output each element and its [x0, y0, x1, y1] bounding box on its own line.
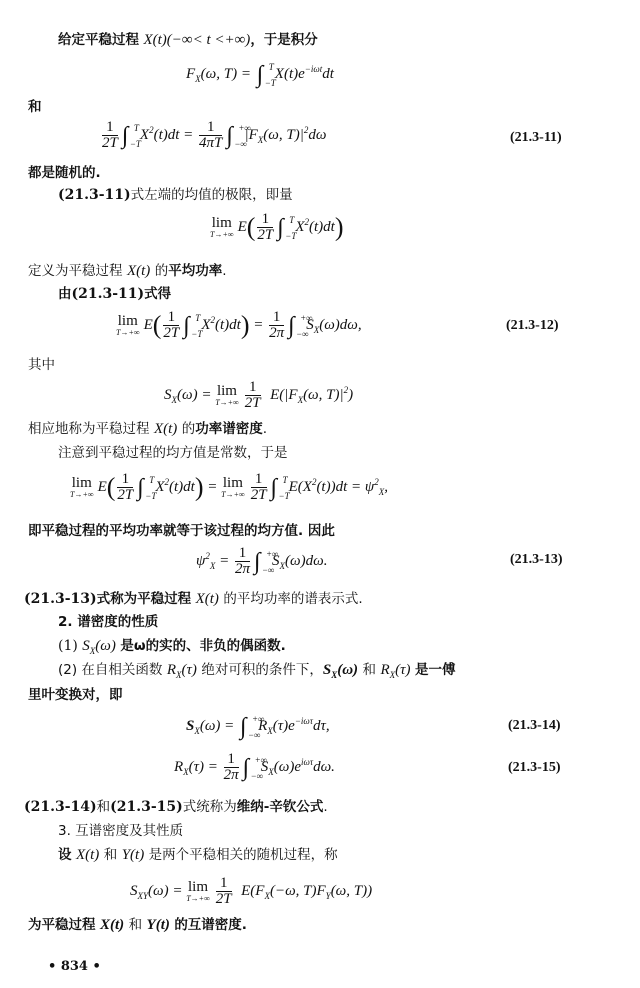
math: ψ2X =	[196, 553, 233, 569]
text: 式得	[144, 286, 171, 302]
math: SX(ω) =	[164, 387, 215, 403]
limit: limT→+∞	[210, 216, 234, 240]
integral-sign: ∫+∞−∞	[254, 553, 261, 571]
math-inline: SX(ω)	[323, 662, 358, 678]
math: X2(t)dt	[152, 479, 195, 495]
text: 式统称为	[183, 799, 237, 815]
equation-mean-square: limT→+∞E(12T∫T−T X2(t)dt) = limT→+∞12T∫T…	[70, 472, 388, 503]
fraction: 12T	[163, 310, 179, 341]
text: 是一傅	[415, 662, 456, 678]
limit: limT→+∞	[70, 476, 94, 500]
text: 是ω的实的、非负的偶函数.	[120, 638, 285, 654]
paragraph-average-power-def: 定义为平稳过程 X(t) 的平均功率.	[28, 262, 227, 280]
math: |FX(ω, T)|2dω	[241, 127, 327, 143]
text: 和	[104, 847, 118, 863]
math: E(|FX(ω, T)|2)	[266, 387, 353, 403]
integral-sign: ∫+∞−∞	[226, 127, 233, 145]
equation-psd-definition: SX(ω) = limT→+∞12T E(|FX(ω, T)|2)	[164, 380, 353, 411]
paragraph-mean-square: 注意到平稳过程的均方值是常数，于是	[58, 444, 288, 462]
math: X2(t)dt	[292, 219, 335, 235]
paragraph-intro: 给定平稳过程 X(t)(−∞< t <+∞)，于是积分	[58, 31, 318, 49]
integral-sign: ∫T−T	[137, 479, 144, 497]
math: E	[98, 479, 107, 495]
section-heading-psd-properties: 2. 谱密度的性质	[58, 613, 158, 631]
limit: limT→+∞	[186, 880, 210, 904]
term-wiener-khinchin: 维纳-辛钦公式	[237, 799, 324, 815]
equation-21-3-11: 12T∫T−T X2(t)dt = 14πT∫+∞−∞ |FX(ω, T)|2d…	[100, 120, 326, 151]
integral-sign: ∫T−T	[183, 317, 190, 335]
section-heading-cross-spectral: 3. 互谱密度及其性质	[58, 822, 183, 840]
property-2: (2) 在自相关函数 RX(τ) 绝对可积的条件下，SX(ω) 和 RX(τ) …	[58, 661, 455, 684]
equation-number: (21.3-12)	[506, 318, 559, 334]
fraction: 12π	[269, 310, 284, 341]
equation-number: (21.3-13)	[510, 552, 563, 568]
equation-ref: (21.3-11)	[72, 286, 145, 302]
math-inline: X(t)	[196, 591, 219, 607]
math: X2(t)dt =	[136, 127, 197, 143]
math: E(X2(t))dt = ψ2X,	[285, 479, 388, 495]
text: .	[222, 263, 226, 279]
paragraph-psd-def: 相应地称为平稳过程 X(t) 的功率谱密度.	[28, 420, 267, 438]
paragraph-cross-def: 为平稳过程 X(t) 和 Y(t) 的互谱密度.	[28, 916, 247, 934]
math: RX(τ)e−iωτdτ,	[254, 718, 329, 734]
math-inline: Y(t)	[122, 847, 145, 863]
property-1: (1) SX(ω) 是ω的实的、非负的偶函数.	[58, 637, 286, 660]
math-inline: RX(τ)	[167, 662, 197, 678]
limit: limT→+∞	[116, 314, 140, 338]
text: .	[263, 421, 267, 437]
text: 和	[97, 799, 111, 815]
math-inline: X(t)	[127, 263, 150, 279]
list-marker: (1)	[58, 638, 78, 654]
fraction: 12T	[102, 120, 118, 151]
text: 式称为平稳过程	[97, 591, 192, 607]
math: E(FX(−ω, T)FY(ω, T))	[237, 883, 372, 899]
text: 的互谱密度.	[174, 917, 247, 933]
integral-sign: ∫+∞−∞	[243, 759, 250, 777]
text: 绝对可积的条件下，	[201, 662, 323, 678]
fraction: 12T	[216, 876, 232, 907]
text: 式左端的均值的极限，即量	[131, 187, 293, 203]
equation-ref: (21.3-13)	[24, 591, 97, 607]
equation-cross-spectral: SXY(ω) = limT→+∞12T E(FX(−ω, T)FY(ω, T))	[130, 876, 372, 907]
paragraph-random: 都是随机的.	[28, 164, 101, 182]
equation-ref: (21.3-15)	[110, 799, 183, 815]
limit: limT→+∞	[221, 476, 245, 500]
fraction: 12π	[224, 752, 239, 783]
math: FX(ω, T) =	[186, 66, 255, 82]
math: RX(τ) =	[174, 759, 222, 775]
equation-ref: (21.3-11)	[58, 187, 131, 203]
text: .	[323, 799, 327, 815]
math-inline: X(t)	[154, 421, 177, 437]
text: 的	[182, 421, 196, 437]
math: SX(ω)eiωτdω.	[257, 759, 335, 775]
equation-21-3-12: limT→+∞E(12T∫T−T X2(t)dt) = 12π∫+∞−∞ SX(…	[116, 310, 362, 341]
equation-21-3-13: ψ2X = 12π∫+∞−∞ SX(ω)dω.	[196, 546, 327, 577]
paragraph-where: 其中	[28, 356, 55, 374]
text: 和	[129, 917, 143, 933]
math: X2(t)dt	[198, 317, 241, 333]
math: E	[238, 219, 247, 235]
paragraph-therefore: 即平稳过程的平均功率就等于该过程的均方值. 因此	[28, 522, 335, 540]
math-inline: X(t)(−∞< t <+∞)	[143, 32, 250, 48]
paragraph-cross-intro: 设 X(t) 和 Y(t) 是两个平稳相关的随机过程，称	[58, 846, 338, 864]
text: 定义为平稳过程	[28, 263, 123, 279]
integral-sign: ∫+∞−∞	[240, 718, 247, 736]
text: (2) 在自相关函数	[58, 662, 162, 678]
math: SXY(ω) =	[130, 883, 186, 899]
text: 是两个平稳相关的随机过程，称	[149, 847, 338, 863]
equation-number: (21.3-15)	[508, 760, 561, 776]
paragraph-spectral-repr: (21.3-13)式称为平稳过程 X(t) 的平均功率的谱表示式.	[24, 590, 363, 608]
fraction: 12T	[251, 472, 267, 503]
math: =	[250, 317, 268, 333]
integral-sign: ∫T−T	[122, 127, 129, 145]
equation-21-3-15: RX(τ) = 12π∫+∞−∞ SX(ω)eiωτdω.	[174, 752, 335, 783]
text: 的	[155, 263, 169, 279]
math-inline: X(t)	[100, 917, 124, 933]
math-inline: SX(ω)	[82, 638, 116, 654]
text: 由	[58, 286, 72, 302]
fraction: 12T	[117, 472, 133, 503]
paragraph-limit-intro: (21.3-11)式左端的均值的极限，即量	[58, 186, 293, 204]
term-power-spectral-density: 功率谱密度	[195, 421, 263, 437]
integral-sign: ∫T−T	[271, 479, 278, 497]
math-inline: Y(t)	[147, 917, 170, 933]
fraction: 12T	[245, 380, 261, 411]
equation-number: (21.3-11)	[510, 130, 562, 146]
fraction: 12T	[257, 212, 273, 243]
text: 设	[58, 847, 72, 863]
text: 和	[363, 662, 377, 678]
math-inline: RX(τ)	[380, 662, 410, 678]
paragraph-from-eq: 由(21.3-11)式得	[58, 285, 171, 303]
math: =	[204, 479, 222, 495]
fraction: 12π	[235, 546, 250, 577]
text: ，于是积分	[250, 32, 318, 48]
integral-sign: ∫T−T	[257, 66, 264, 84]
math: SX(ω) =	[186, 718, 238, 734]
text: 的平均功率的谱表示式.	[223, 591, 362, 607]
equation-number: (21.3-14)	[508, 718, 561, 734]
text: 相应地称为平稳过程	[28, 421, 150, 437]
paragraph-and: 和	[28, 98, 42, 116]
limit: limT→+∞	[215, 384, 239, 408]
term-average-power: 平均功率	[168, 263, 222, 279]
integral-sign: ∫T−T	[277, 219, 284, 237]
math: X(t)e−iωtdt	[271, 66, 334, 82]
page-number: • 834 •	[48, 958, 101, 976]
equation-fourier-truncated: FX(ω, T) = ∫T−T X(t)e−iωtdt	[186, 60, 334, 88]
math-inline: X(t)	[76, 847, 99, 863]
equation-21-3-14: SX(ω) = ∫+∞−∞ RX(τ)e−iωτdτ,	[186, 712, 330, 740]
equation-ref: (21.3-14)	[24, 799, 97, 815]
text: 给定平稳过程	[58, 32, 139, 48]
equation-average-power: limT→+∞E(12T∫T−T X2(t)dt)	[210, 212, 344, 243]
fraction: 14πT	[199, 120, 222, 151]
integral-sign: ∫+∞−∞	[288, 317, 295, 335]
paragraph-fourier-pair: 里叶变换对，即	[28, 686, 123, 704]
text: 为平稳过程	[28, 917, 96, 933]
math: E	[144, 317, 153, 333]
paragraph-wiener-khinchin: (21.3-14)和(21.3-15)式统称为维纳-辛钦公式.	[24, 798, 328, 816]
